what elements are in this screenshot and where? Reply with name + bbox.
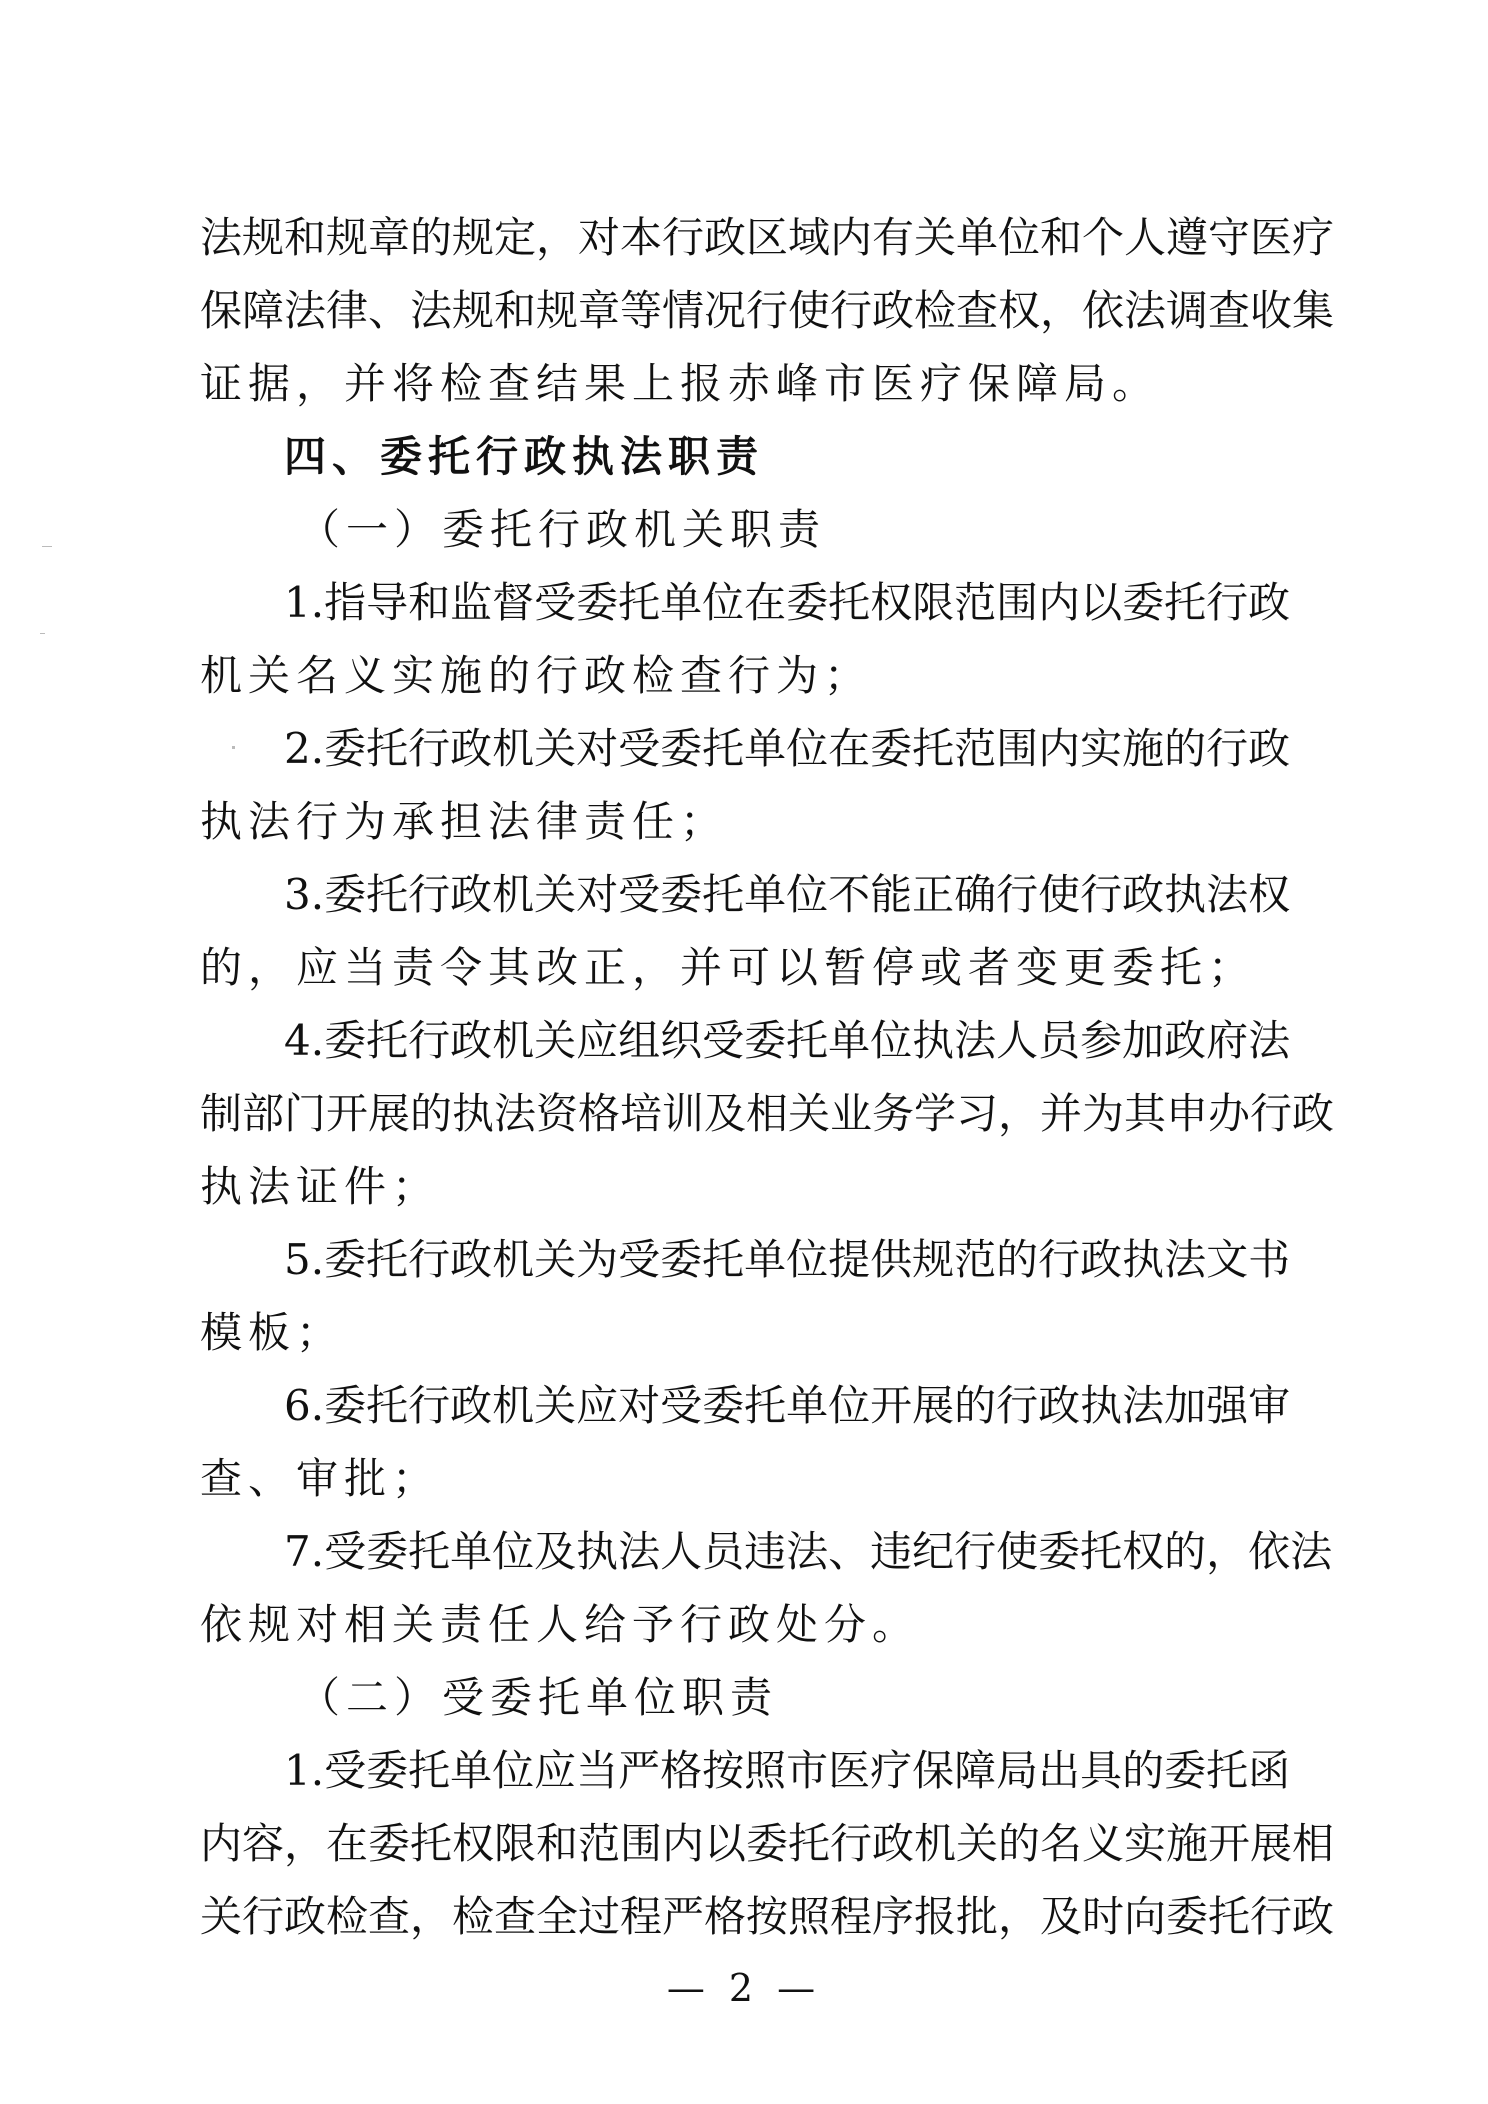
list-item-line: 6.委托行政机关应对受委托单位开展的行政执法加强审 (200, 1376, 1262, 1449)
paragraph-line: 执法证件； (200, 1157, 1262, 1230)
document-body: 法规和规章的规定，对本行政区域内有关单位和个人遵守医疗 保障法律、法规和规章等情… (200, 208, 1262, 1960)
list-item-line: 2.委托行政机关对受委托单位在委托范围内实施的行政 (200, 719, 1262, 792)
subsection-heading: （二）受委托单位职责 (200, 1668, 1262, 1741)
page-number: — 2 — (0, 1966, 1488, 2010)
paragraph-line: 制部门开展的执法资格培训及相关业务学习，并为其申办行政 (200, 1084, 1262, 1157)
list-item-line: 5.委托行政机关为受委托单位提供规范的行政执法文书 (200, 1230, 1262, 1303)
paragraph-line: 证据，并将检查结果上报赤峰市医疗保障局。 (200, 354, 1262, 427)
paragraph-line: 关行政检查，检查全过程严格按照程序报批，及时向委托行政 (200, 1887, 1262, 1960)
paragraph-line: 机关名义实施的行政检查行为； (200, 646, 1262, 719)
scan-artifact (232, 746, 235, 749)
list-item-line: 1.指导和监督受委托单位在委托权限范围内以委托行政 (200, 573, 1262, 646)
document-page: 法规和规章的规定，对本行政区域内有关单位和个人遵守医疗 保障法律、法规和规章等情… (0, 0, 1488, 2104)
list-item-line: 3.委托行政机关对受委托单位不能正确行使行政执法权 (200, 865, 1262, 938)
paragraph-line: 内容，在委托权限和范围内以委托行政机关的名义实施开展相 (200, 1814, 1262, 1887)
scan-artifact (42, 546, 52, 547)
subsection-heading: （一）委托行政机关职责 (200, 500, 1262, 573)
scan-artifact (40, 633, 45, 634)
list-item-line: 4.委托行政机关应组织受委托单位执法人员参加政府法 (200, 1011, 1262, 1084)
list-item-line: 7.受委托单位及执法人员违法、违纪行使委托权的，依法 (200, 1522, 1262, 1595)
paragraph-line: 模板； (200, 1303, 1262, 1376)
paragraph-line: 查、审批； (200, 1449, 1262, 1522)
list-item-line: 1.受委托单位应当严格按照市医疗保障局出具的委托函 (200, 1741, 1262, 1814)
paragraph-line: 执法行为承担法律责任； (200, 792, 1262, 865)
paragraph-line: 的，应当责令其改正，并可以暂停或者变更委托； (200, 938, 1262, 1011)
paragraph-line: 保障法律、法规和规章等情况行使行政检查权，依法调查收集 (200, 281, 1262, 354)
section-heading: 四、委托行政执法职责 (200, 427, 1262, 500)
paragraph-line: 法规和规章的规定，对本行政区域内有关单位和个人遵守医疗 (200, 208, 1262, 281)
paragraph-line: 依规对相关责任人给予行政处分。 (200, 1595, 1262, 1668)
